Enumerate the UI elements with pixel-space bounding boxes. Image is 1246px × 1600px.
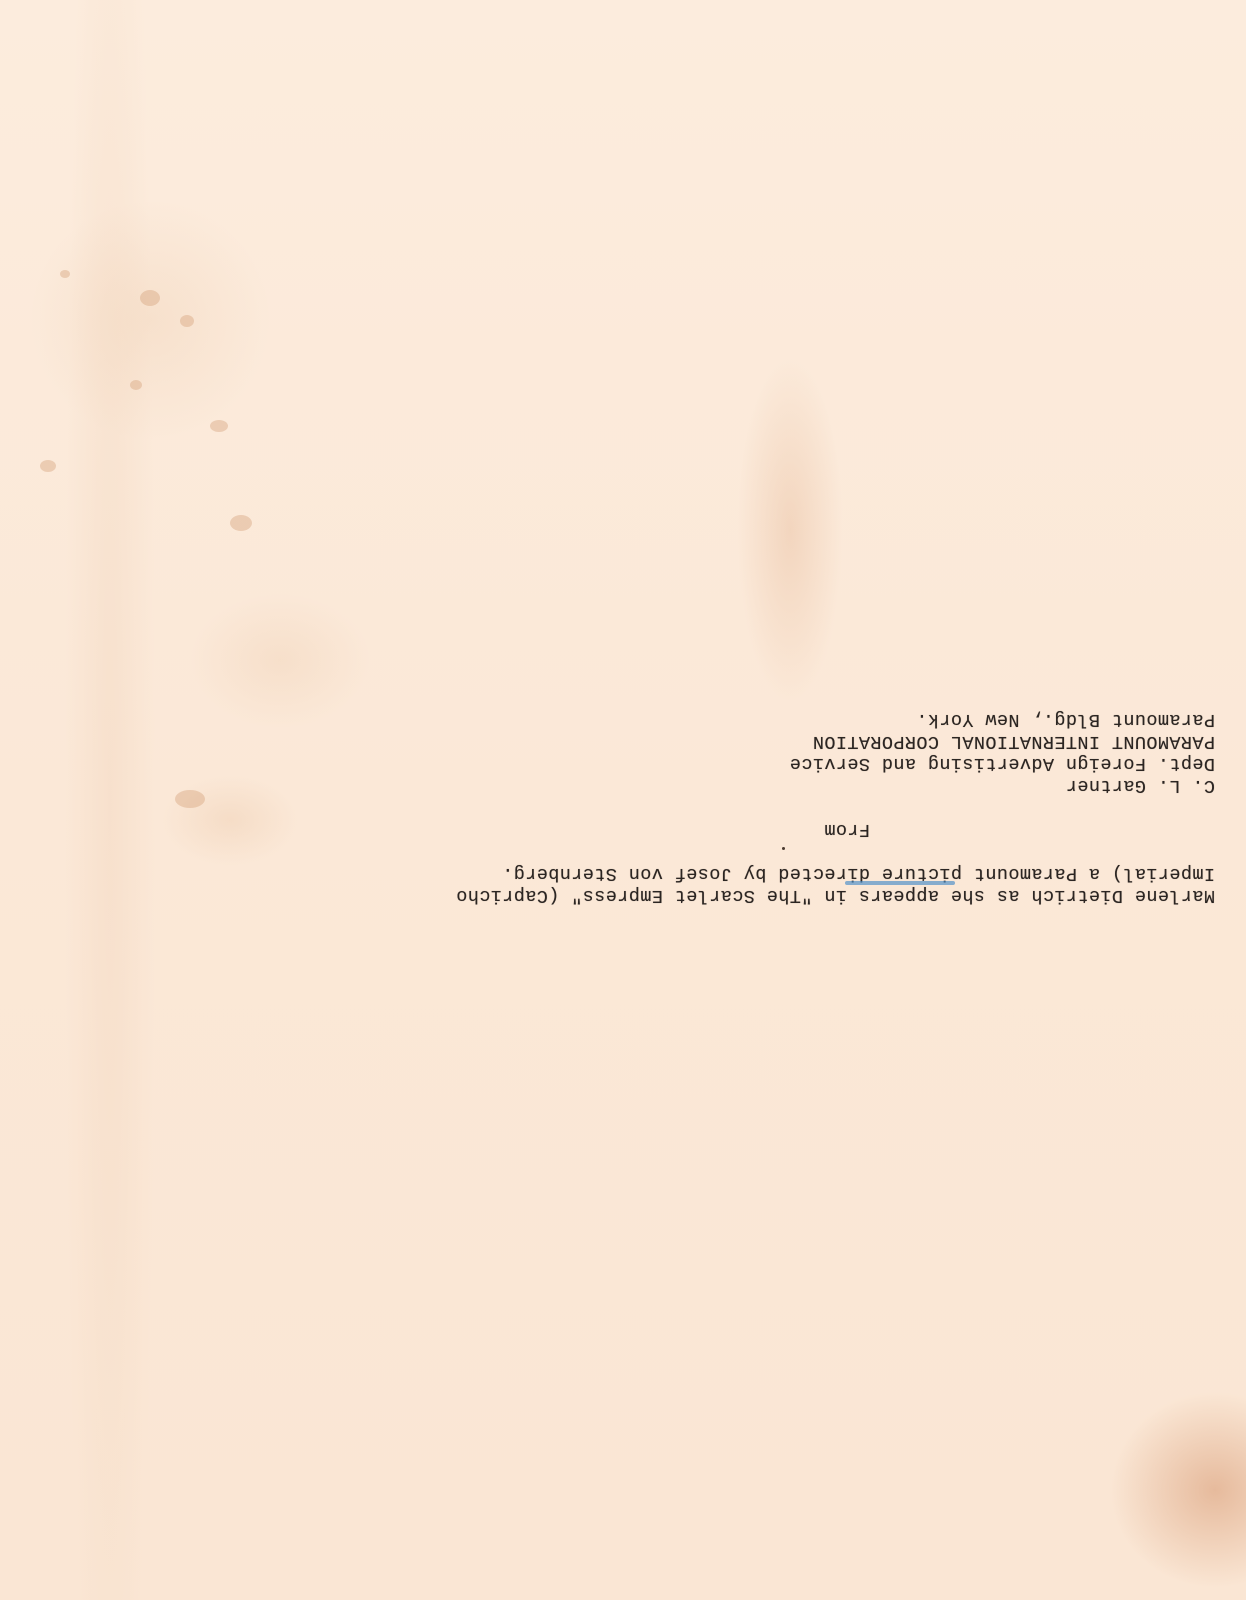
from-label: From (824, 818, 870, 840)
ink-dot (782, 847, 785, 850)
sender-company: PARAMOUNT INTERNATIONAL CORPORATION (812, 730, 1215, 752)
foxing-spot (180, 315, 194, 327)
caption-line-1: Marlene Dietrich as she appears in "The … (456, 884, 1215, 906)
blue-pencil-underline (845, 881, 955, 885)
foxing-spot (230, 515, 252, 531)
foxing-spot (140, 290, 160, 306)
foxing-spot (175, 790, 205, 808)
sender-name: C. L. Gartner (1065, 774, 1215, 796)
foxing-spot (130, 380, 142, 390)
sender-address: Paramount Bldg., New York. (916, 708, 1215, 730)
foxing-spot (60, 270, 70, 278)
typewritten-caption-block: Marlene Dietrich as she appears in "The … (245, 688, 1220, 908)
foxing-spot (210, 420, 228, 432)
foxing-spot (40, 460, 56, 472)
sender-department: Dept. Foreign Advertising and Service (789, 752, 1215, 774)
